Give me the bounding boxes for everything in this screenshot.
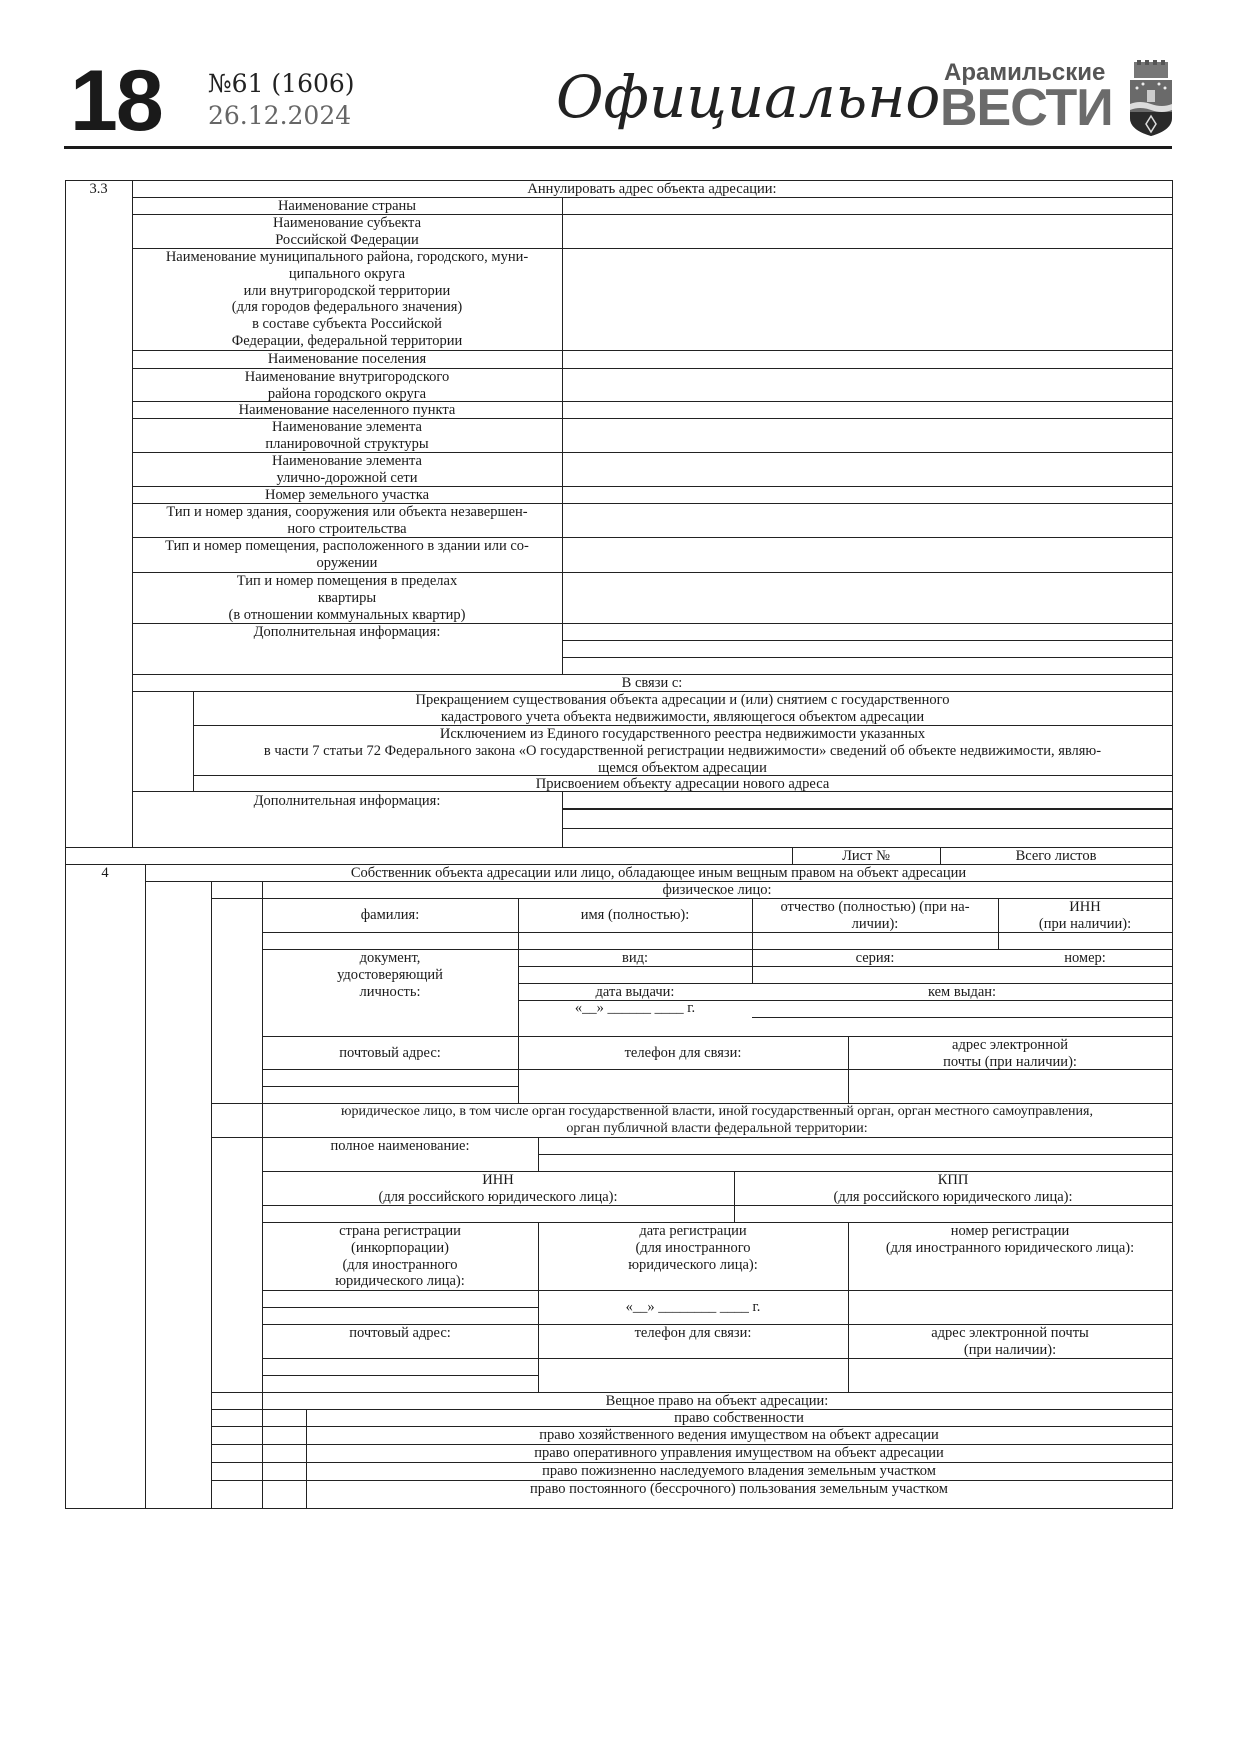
grid-line [518, 966, 1173, 967]
field-label: Наименование поселения [132, 351, 562, 368]
field-label: Наименование элемента планировочной стру… [132, 419, 562, 453]
additional-info-input[interactable] [564, 812, 1170, 826]
grid-line [562, 791, 563, 848]
inn-label: ИНН (при наличии): [998, 899, 1172, 933]
issue-date-input: «__» ______ ____ г. [518, 1000, 752, 1017]
property-right-checkbox[interactable] [264, 1446, 304, 1460]
grid-line [538, 1154, 1173, 1155]
legal-inn-label: ИНН (для российского юридического лица): [262, 1172, 734, 1206]
grid-line [145, 864, 146, 1509]
field-label: Дополнительная информация: [132, 793, 562, 810]
additional-info-input[interactable] [564, 793, 1170, 806]
doc-type-input[interactable] [520, 968, 750, 981]
legal-postal-address-input[interactable] [264, 1360, 536, 1373]
field-value-input[interactable] [564, 403, 1170, 416]
field-value-input[interactable] [564, 250, 1170, 348]
property-right-title: Вещное право на объект адресации: [262, 1393, 1172, 1410]
grid-line [562, 197, 563, 675]
legal-postal-address-input[interactable] [264, 1377, 536, 1390]
full-name-input[interactable] [540, 1156, 1170, 1169]
property-right-option: право постоянного (бессрочного) пользова… [306, 1481, 1172, 1498]
individual-checkbox[interactable] [213, 883, 260, 896]
property-right-option: право оперативного управления имуществом… [306, 1445, 1172, 1462]
reason-option: Прекращением существования объекта адрес… [193, 692, 1172, 726]
additional-info-input[interactable] [564, 830, 1170, 845]
field-value-input[interactable] [564, 199, 1170, 212]
grid-line [1172, 180, 1173, 1509]
phone-label: телефон для связи: [518, 1045, 848, 1062]
postal-address-input[interactable] [264, 1071, 516, 1084]
field-label: Наименование элемента улично-дорожной се… [132, 453, 562, 487]
field-label: Тип и номер помещения, расположенного в … [132, 538, 562, 572]
property-right-option: право собственности [306, 1410, 1172, 1427]
field-label: Наименование муниципального района, горо… [132, 249, 562, 350]
field-label: Наименование населенного пункта [132, 402, 562, 419]
legal-entity-checkbox[interactable] [213, 1105, 260, 1135]
additional-info-input[interactable] [564, 625, 1170, 638]
field-value-input[interactable] [564, 370, 1170, 399]
field-value-input[interactable] [564, 352, 1170, 366]
patronymic-label: отчество (полностью) (при на- личии): [752, 899, 998, 933]
field-label: Тип и номер здания, сооружения или объек… [132, 504, 562, 538]
patronymic-input[interactable] [754, 934, 996, 947]
reg-number-input[interactable] [850, 1292, 1170, 1322]
property-right-checkbox[interactable] [264, 1411, 304, 1424]
reg-date-label: дата регистрации (для иностранного юриди… [538, 1223, 848, 1273]
grid-line [262, 1086, 519, 1087]
grid-line [562, 640, 1173, 641]
grid-line [132, 791, 1173, 792]
grid-line [562, 808, 1173, 810]
field-label: Дополнительная информация: [132, 624, 562, 641]
grid-line [262, 1069, 1173, 1070]
doc-series-label: серия: [752, 950, 998, 967]
reg-country-input[interactable] [264, 1309, 536, 1322]
additional-info-input[interactable] [564, 659, 1170, 672]
doc-series-input[interactable] [754, 968, 996, 981]
kpp-input[interactable] [736, 1207, 1170, 1220]
section-number: 4 [65, 865, 145, 882]
field-value-input[interactable] [564, 505, 1170, 535]
reg-country-label: страна регистрации (инкорпорации) (для и… [262, 1223, 538, 1290]
field-value-input[interactable] [564, 539, 1170, 570]
issued-by-input[interactable] [754, 1019, 1170, 1034]
reason-title: В связи с: [132, 675, 1172, 692]
grid-line [262, 1307, 539, 1308]
field-value-input[interactable] [564, 216, 1170, 246]
phone-input[interactable] [520, 1071, 846, 1101]
grid-line [262, 1358, 1173, 1359]
property-right-checkbox[interactable] [264, 1464, 304, 1478]
field-label: Наименование внутригородского района гор… [132, 369, 562, 403]
legal-entity-title: юридическое лицо, в том числе орган госу… [262, 1104, 1172, 1138]
section-number: 3.3 [65, 181, 132, 198]
property-right-checkbox[interactable] [264, 1482, 304, 1506]
id-document-label: документ, удостоверяющий личность: [262, 950, 518, 1000]
section-title: Собственник объекта адресации или лицо, … [145, 865, 1172, 882]
reason-checkbox[interactable] [134, 693, 191, 723]
field-label: Наименование субъекта Российской Федерац… [132, 215, 562, 249]
grid-line [262, 1290, 1173, 1291]
field-label: Наименование страны [132, 198, 562, 215]
field-label: Тип и номер помещения в пределах квартир… [132, 573, 562, 623]
name-label: имя (полностью): [518, 907, 752, 924]
grid-line [65, 1508, 1173, 1509]
legal-inn-input[interactable] [264, 1207, 732, 1220]
postal-address-input[interactable] [264, 1088, 516, 1101]
sheet-number-label: Лист № [792, 848, 940, 865]
email-label: адрес электронной почты (при наличии): [848, 1037, 1172, 1071]
legal-email-input[interactable] [850, 1360, 1170, 1390]
field-value-input[interactable] [564, 420, 1170, 450]
issue-date-label: дата выдачи: [518, 984, 752, 1001]
reason-checkbox[interactable] [134, 727, 191, 773]
full-name-input[interactable] [540, 1139, 1170, 1152]
legal-phone-input[interactable] [540, 1360, 846, 1390]
issued-by-input[interactable] [754, 1002, 1170, 1015]
doc-number-label: номер: [998, 950, 1172, 967]
total-sheets-label: Всего листов [940, 848, 1172, 865]
doc-number-input[interactable] [1000, 968, 1170, 981]
property-right-option: право пожизненно наследуемого владения з… [306, 1463, 1172, 1480]
field-value-input[interactable] [564, 488, 1170, 501]
field-value-input[interactable] [564, 454, 1170, 484]
property-right-checkbox[interactable] [264, 1428, 304, 1442]
reg-country-input[interactable] [264, 1292, 536, 1305]
legal-email-label: адрес электронной почты (при наличии): [848, 1325, 1172, 1359]
reg-number-label: номер регистрации (для иностранного юрид… [848, 1223, 1172, 1257]
grid-line [262, 1205, 1173, 1206]
grid-line [752, 1017, 1173, 1018]
grid-line [562, 828, 1173, 829]
reason-option: Исключением из Единого государственного … [193, 726, 1172, 776]
property-right-option: право хозяйственного ведения имуществом … [306, 1427, 1172, 1444]
kpp-label: КПП (для российского юридического лица): [734, 1172, 1172, 1206]
full-name-label: полное наименование: [262, 1138, 538, 1155]
legal-postal-address-label: почтовый адрес: [262, 1325, 538, 1342]
grid-line [262, 1375, 539, 1376]
reason-checkbox[interactable] [134, 777, 191, 789]
grid-line [211, 881, 212, 1509]
grid-line [65, 180, 66, 1509]
field-value-input[interactable] [564, 574, 1170, 621]
address-form: 3.3Аннулировать адрес объекта адресации:… [0, 0, 1241, 1754]
doc-type-label: вид: [518, 950, 752, 967]
legal-phone-label: телефон для связи: [538, 1325, 848, 1342]
grid-line [562, 657, 1173, 658]
email-input[interactable] [850, 1071, 1170, 1101]
inn-input[interactable] [1000, 934, 1170, 947]
section-title: Аннулировать адрес объекта адресации: [132, 181, 1172, 198]
individual-title: физическое лицо: [262, 882, 1172, 899]
postal-address-label: почтовый адрес: [262, 1045, 518, 1062]
surname-input[interactable] [264, 934, 516, 947]
field-label: Номер земельного участка [132, 487, 562, 504]
issued-by-label: кем выдан: [752, 984, 1172, 1001]
name-input[interactable] [520, 934, 750, 947]
additional-info-input[interactable] [564, 642, 1170, 655]
grid-line [262, 932, 1173, 933]
surname-label: фамилия: [262, 907, 518, 924]
reg-date-input: «__» ________ ____ г. [538, 1299, 848, 1316]
